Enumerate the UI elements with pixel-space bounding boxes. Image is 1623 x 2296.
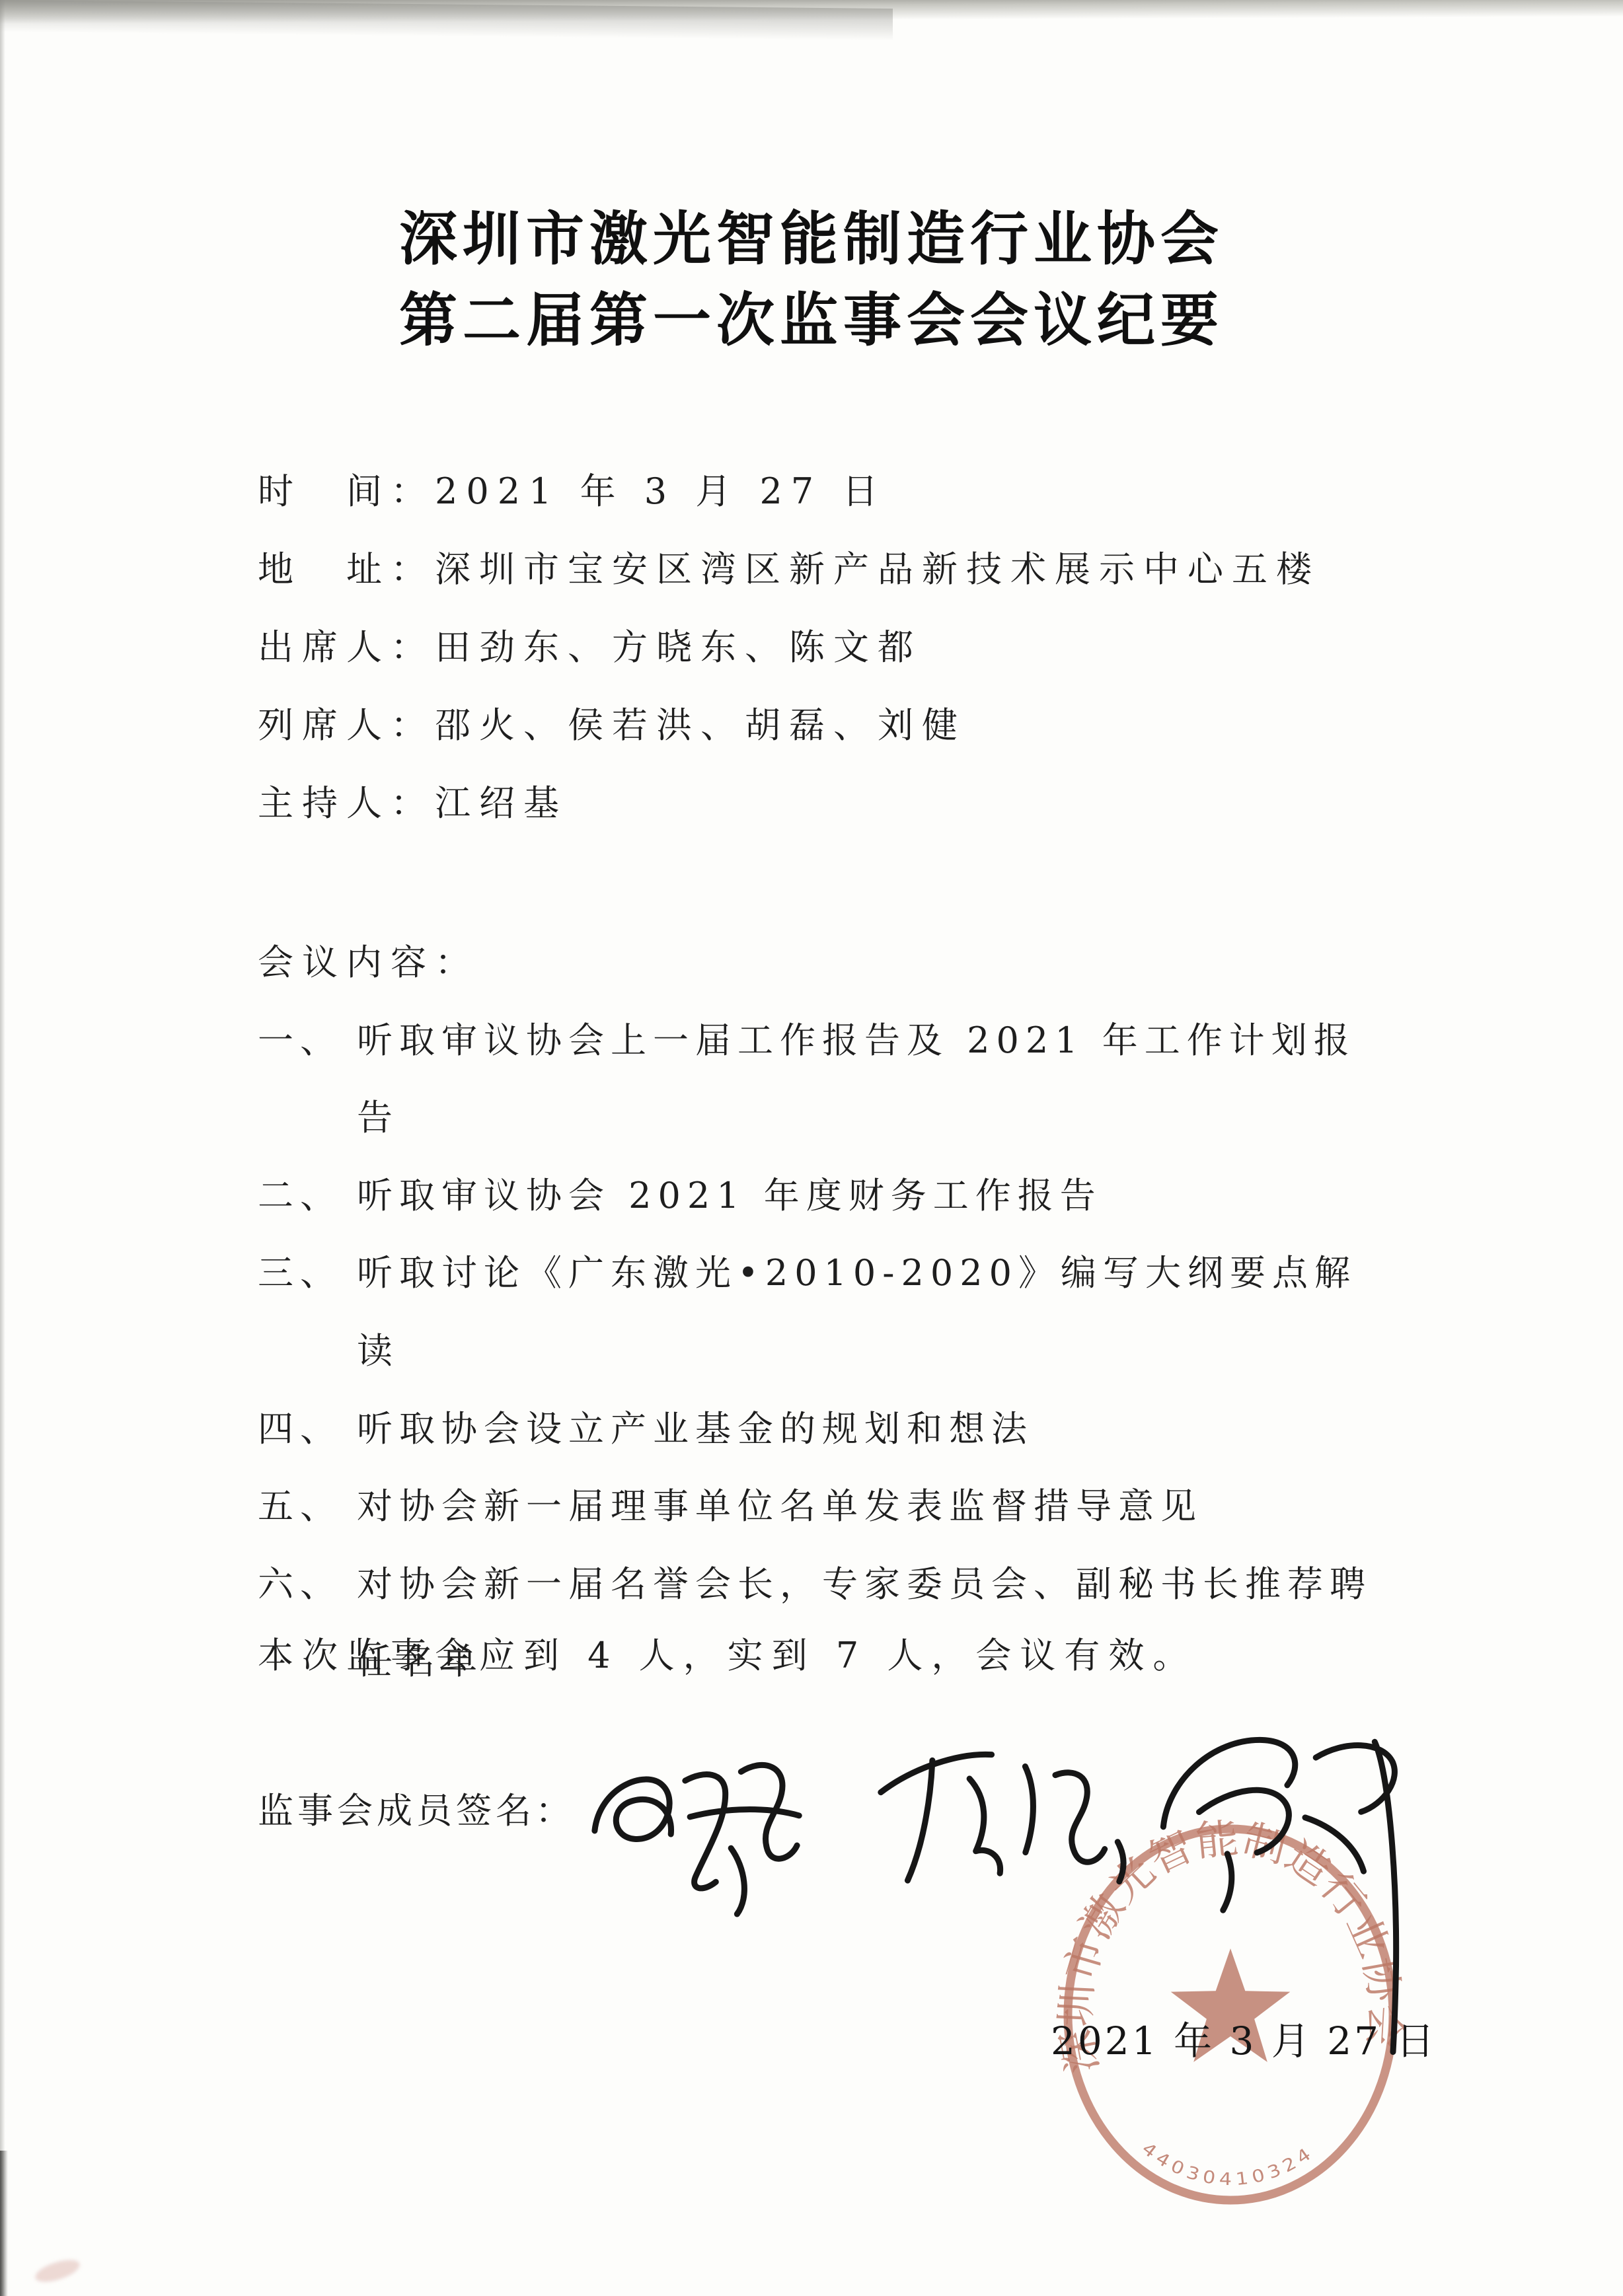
info-value: 邵火、侯若洪、胡磊、刘健 — [435, 704, 966, 746]
agenda-item-text: 听取审议协会 2021 年度财务工作报告 — [357, 1175, 1102, 1216]
agenda-item-5: 五、对协会新一届理事单位名单发表监督措导意见 — [258, 1467, 1394, 1545]
info-label: 列席人： — [258, 704, 435, 746]
agenda-item-number: 一、 — [258, 1002, 342, 1080]
agenda-item-number: 五、 — [258, 1467, 342, 1545]
info-line-time: 时 间：2021 年 3 月 27 日 — [258, 453, 1421, 531]
info-line-observers: 列席人：邵火、侯若洪、胡磊、刘健 — [258, 686, 1421, 764]
quorum-summary: 本次监事会应到 4 人，实到 7 人，会议有效。 — [258, 1617, 1447, 1695]
info-line-attendees: 出席人：田劲东、方晓东、陈文都 — [258, 609, 1421, 686]
document-title: 深圳市激光智能制造行业协会 第二届第一次监事会会议纪要 — [243, 198, 1380, 361]
info-label: 时 间： — [258, 470, 435, 512]
scan-edge-left — [0, 0, 5, 2296]
title-line-2: 第二届第一次监事会会议纪要 — [243, 279, 1380, 361]
agenda-list: 一、听取审议协会上一届工作报告及 2021 年工作计划报告 二、听取审议协会 2… — [258, 1002, 1394, 1701]
agenda-item-4: 四、听取协会设立产业基金的规划和想法 — [258, 1390, 1394, 1468]
scan-edge-bottom-left — [0, 2151, 8, 2296]
info-value: 江绍基 — [435, 782, 568, 824]
info-label: 地 址： — [258, 548, 435, 590]
info-label: 出席人： — [258, 626, 435, 668]
agenda-block: 会议内容： 一、听取审议协会上一届工作报告及 2021 年工作计划报告 二、听取… — [258, 924, 1394, 1701]
info-value: 深圳市宝安区湾区新产品新技术展示中心五楼 — [435, 548, 1320, 590]
info-value: 田劲东、方晓东、陈文都 — [435, 626, 922, 668]
info-value: 2021 年 3 月 27 日 — [435, 470, 886, 512]
info-line-host: 主持人：江绍基 — [258, 764, 1421, 842]
scan-smudge — [33, 2256, 83, 2286]
agenda-heading: 会议内容： — [258, 924, 1394, 1002]
agenda-item-2: 二、听取审议协会 2021 年度财务工作报告 — [258, 1157, 1394, 1235]
agenda-item-text: 听取审议协会上一届工作报告及 2021 年工作计划报告 — [357, 1019, 1356, 1139]
info-line-address: 地 址：深圳市宝安区湾区新产品新技术展示中心五楼 — [258, 531, 1421, 609]
scanned-document-page: 深圳市激光智能制造行业协会 第二届第一次监事会会议纪要 时 间：2021 年 3… — [0, 0, 1623, 2296]
agenda-item-text: 对协会新一届理事单位名单发表监督措导意见 — [357, 1485, 1203, 1527]
meta-info-block: 时 间：2021 年 3 月 27 日 地 址：深圳市宝安区湾区新产品新技术展示… — [258, 453, 1421, 842]
agenda-item-text: 听取协会设立产业基金的规划和想法 — [357, 1408, 1034, 1450]
agenda-item-number: 四、 — [258, 1390, 342, 1468]
signature-label: 监事会成员签名： — [258, 1772, 575, 1850]
agenda-item-number: 六、 — [258, 1545, 342, 1623]
signature-tian-jindong — [592, 1763, 803, 1920]
agenda-item-text: 听取讨论《广东激光•2010-2020》编写大纲要点解读 — [357, 1252, 1357, 1372]
info-label: 主持人： — [258, 782, 435, 824]
agenda-item-number: 二、 — [258, 1157, 342, 1235]
signature-fang-xiaodong — [880, 1749, 1125, 1892]
scan-edge-top-shadow — [0, 0, 893, 44]
agenda-item-1: 一、听取审议协会上一届工作报告及 2021 年工作计划报告 — [258, 1002, 1394, 1157]
document-date: 2021 年 3 月 27 日 — [1051, 2010, 1437, 2065]
agenda-item-number: 三、 — [258, 1234, 342, 1312]
agenda-item-3: 三、听取讨论《广东激光•2010-2020》编写大纲要点解读 — [258, 1234, 1394, 1389]
title-line-1: 深圳市激光智能制造行业协会 — [243, 198, 1380, 279]
